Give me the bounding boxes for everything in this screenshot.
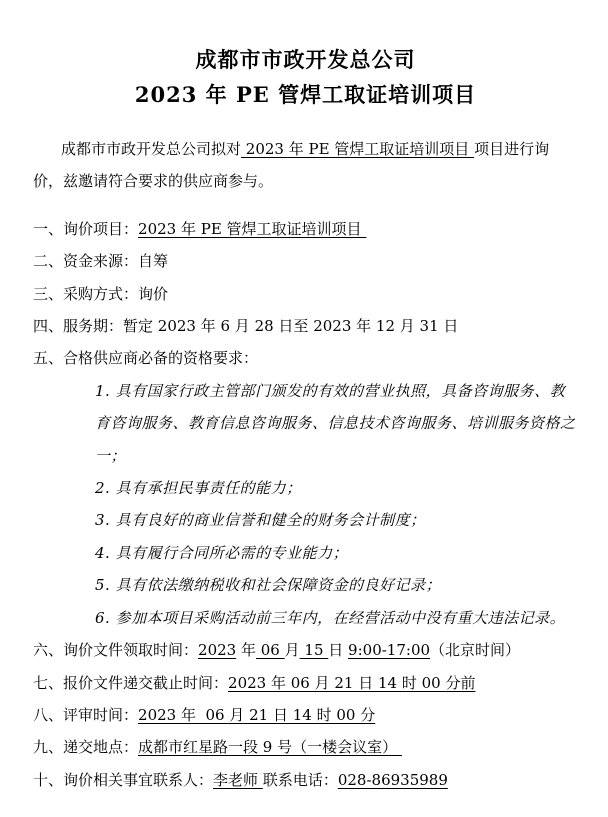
item-text: 合格供应商必备的资格要求： xyxy=(63,349,258,367)
item-marker: 八、 xyxy=(33,699,63,731)
qualification-item-1: 1. 具有国家行政主管部门颁发的有效的营业执照，具备咨询服务、教育咨询服务、教育… xyxy=(33,375,578,472)
project-name-value: 2023 年 PE 管焊工取证培训项目 xyxy=(138,220,366,238)
item-content: 询价相关事宜联系人：李老师 联系电话：028-86935989 xyxy=(63,764,578,796)
item-procurement-method: 三、采购方式：询价 xyxy=(33,278,578,310)
item-text: 询价相关事宜联系人： xyxy=(63,771,213,789)
item-marker: 六、 xyxy=(33,634,63,666)
qualification-item-3: 3. 具有良好的商业信誉和健全的财务会计制度； xyxy=(33,504,578,536)
collection-day: 15 xyxy=(300,641,329,659)
item-content: 递交地点：成都市红星路一段 9 号（一楼会议室） xyxy=(63,731,578,763)
item-marker: 三、 xyxy=(33,278,63,310)
collection-year: 2023 xyxy=(198,641,236,659)
item-marker: 十、 xyxy=(33,764,63,796)
contact-person: 李老师 xyxy=(213,771,263,789)
document-page: 成都市市政开发总公司 2023 年 PE 管焊工取证培训项目 成都市市政开发总公… xyxy=(0,0,608,817)
item-content: 询价文件领取时间：2023 年 06 月 15 日 9:00-17:00（北京时… xyxy=(63,634,578,666)
item-text: 询价项目： xyxy=(63,220,138,238)
deadline-value: 2023 年 06 月 21 日 14 时 00 分前 xyxy=(228,674,475,692)
title-line-1: 成都市市政开发总公司 xyxy=(33,42,578,77)
item-marker: 五、 xyxy=(33,342,63,374)
item-text: 月 xyxy=(285,641,300,659)
item-funding-source: 二、资金来源：自筹 xyxy=(33,245,578,277)
collection-month: 06 xyxy=(256,641,285,659)
item-marker: 七、 xyxy=(33,667,63,699)
qualification-item-5: 5. 具有依法缴纳税收和社会保障资金的良好记录； xyxy=(33,569,578,601)
title-line-2: 2023 年 PE 管焊工取证培训项目 xyxy=(33,77,578,112)
item-text: 联系电话： xyxy=(263,771,338,789)
item-content: 询价项目：2023 年 PE 管焊工取证培训项目 xyxy=(63,213,578,245)
item-text: 评审时间： xyxy=(63,706,138,724)
item-marker: 四、 xyxy=(33,310,63,342)
item-content: 资金来源：自筹 xyxy=(63,245,578,277)
item-text: 日 xyxy=(328,641,348,659)
item-content: 报价文件递交截止时间：2023 年 06 月 21 日 14 时 00 分前 xyxy=(63,667,578,699)
qualification-item-2: 2. 具有承担民事责任的能力； xyxy=(33,472,578,504)
collection-hours: 9:00-17:00 xyxy=(348,641,430,659)
item-content: 评审时间：2023 年 06 月 21 日 14 时 00 分 xyxy=(63,699,578,731)
item-content: 采购方式：询价 xyxy=(63,278,578,310)
item-service-period: 四、服务期：暂定 2023 年 6 月 28 日至 2023 年 12 月 31… xyxy=(33,310,578,342)
item-content: 服务期：暂定 2023 年 6 月 28 日至 2023 年 12 月 31 日 xyxy=(63,310,578,342)
item-submission-deadline: 七、报价文件递交截止时间：2023 年 06 月 21 日 14 时 00 分前 xyxy=(33,667,578,699)
intro-text-before: 成都市市政开发总公司拟对 xyxy=(61,140,241,158)
item-marker: 二、 xyxy=(33,245,63,277)
item-submission-location: 九、递交地点：成都市红星路一段 9 号（一楼会议室） xyxy=(33,731,578,763)
item-inquiry-project: 一、询价项目：2023 年 PE 管焊工取证培训项目 xyxy=(33,213,578,245)
intro-paragraph: 成都市市政开发总公司拟对 2023 年 PE 管焊工取证培训项目 项目进行询价，… xyxy=(33,133,578,198)
qualification-item-6: 6. 参加本项目采购活动前三年内，在经营活动中没有重大违法记录。 xyxy=(33,602,578,634)
document-title: 成都市市政开发总公司 2023 年 PE 管焊工取证培训项目 xyxy=(33,42,578,112)
item-marker: 九、 xyxy=(33,731,63,763)
location-value: 成都市红星路一段 9 号（一楼会议室） xyxy=(138,738,402,756)
item-marker: 一、 xyxy=(33,213,63,245)
project-name-underlined: 2023 年 PE 管焊工取证培训项目 xyxy=(241,140,474,158)
items-list: 一、询价项目：2023 年 PE 管焊工取证培训项目 二、资金来源：自筹三、采购… xyxy=(33,213,578,796)
item-text: 采购方式：询价 xyxy=(63,285,168,303)
item-text: 询价文件领取时间： xyxy=(63,641,198,659)
qualification-item-4: 4. 具有履行合同所必需的专业能力； xyxy=(33,537,578,569)
item-document-collection-time: 六、询价文件领取时间：2023 年 06 月 15 日 9:00-17:00（北… xyxy=(33,634,578,666)
item-text: 资金来源：自筹 xyxy=(63,252,168,270)
item-text: 递交地点： xyxy=(63,738,138,756)
item-review-time: 八、评审时间：2023 年 06 月 21 日 14 时 00 分 xyxy=(33,699,578,731)
item-contact: 十、询价相关事宜联系人：李老师 联系电话：028-86935989 xyxy=(33,764,578,796)
item-text: 报价文件递交截止时间： xyxy=(63,674,228,692)
item-text: （北京时间） xyxy=(430,641,520,659)
review-time-value: 2023 年 06 月 21 日 14 时 00 分 xyxy=(138,706,375,724)
item-text: 年 xyxy=(236,641,256,659)
item-text: 服务期：暂定 2023 年 6 月 28 日至 2023 年 12 月 31 日 xyxy=(63,317,458,335)
contact-phone: 028-86935989 xyxy=(338,771,448,789)
item-content: 合格供应商必备的资格要求： xyxy=(63,342,578,374)
item-qualification-requirements: 五、合格供应商必备的资格要求： xyxy=(33,342,578,374)
